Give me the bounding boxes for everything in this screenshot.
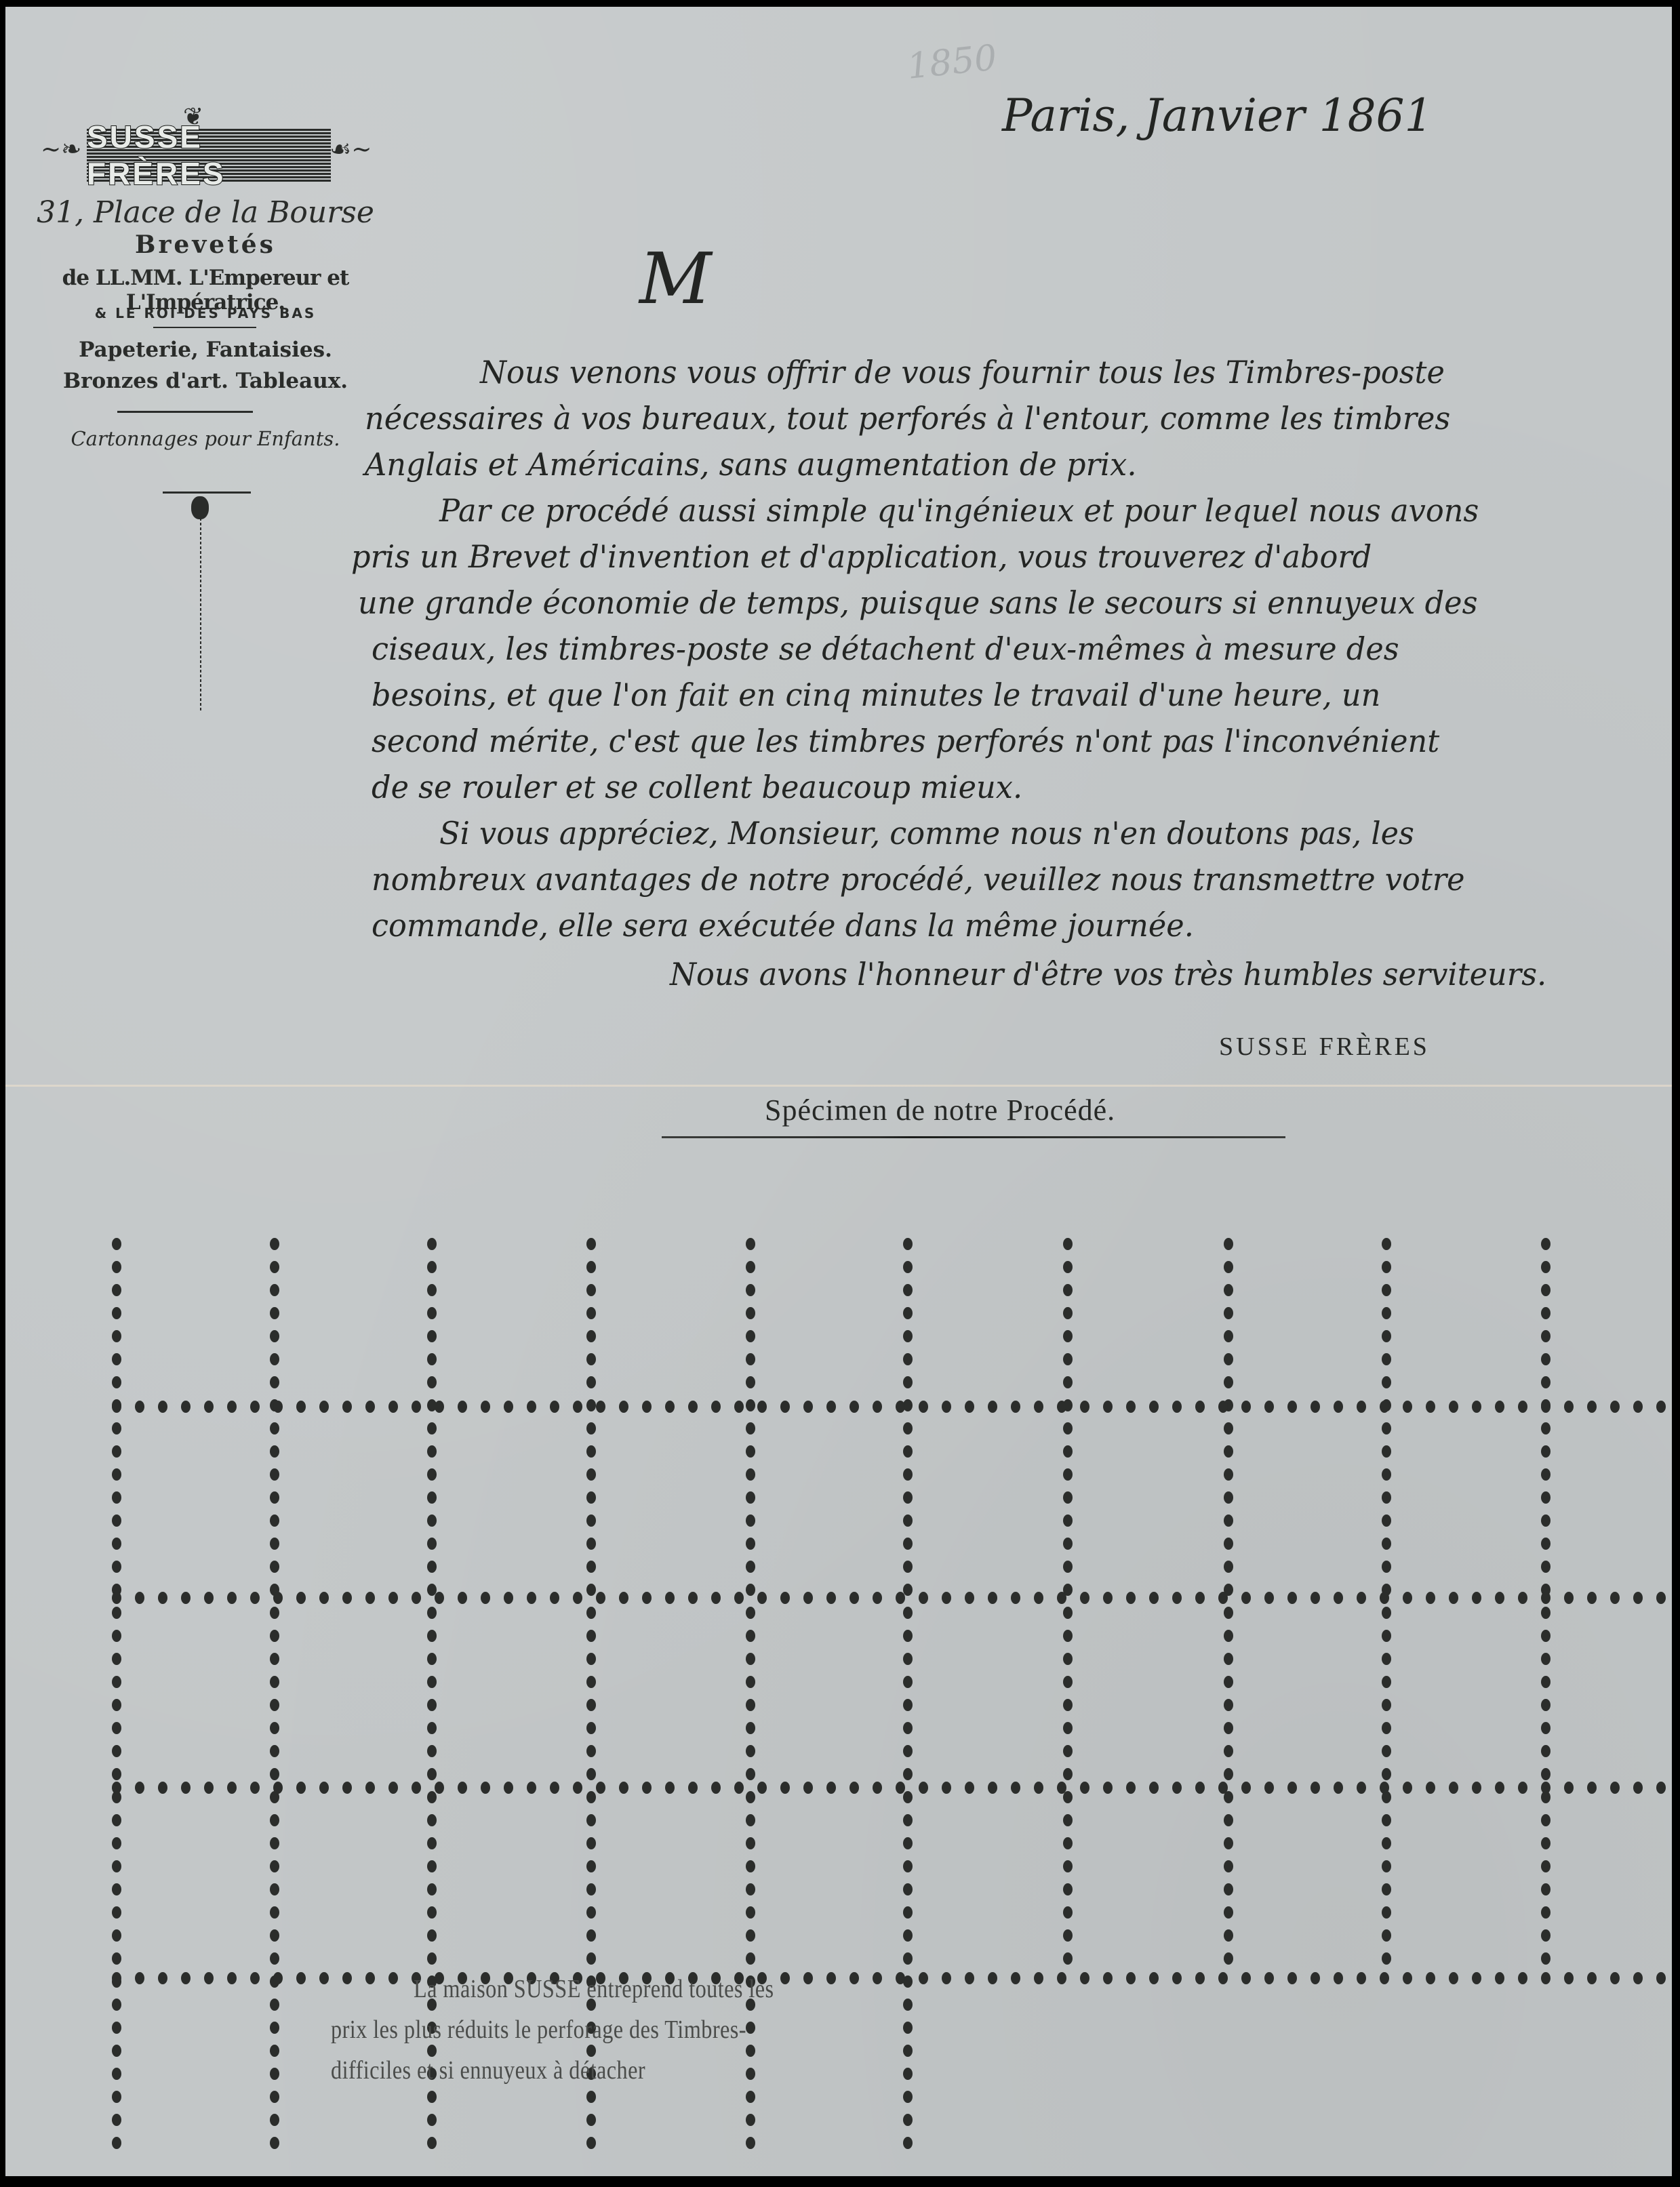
perforation-dot — [1564, 1782, 1574, 1794]
perforation-dot — [1541, 1561, 1551, 1573]
perforation-dot — [1541, 1330, 1551, 1342]
perforation-dot — [112, 1745, 121, 1757]
perforation-dot — [1382, 1284, 1391, 1296]
perforation-dot — [270, 1906, 279, 1919]
perforation-dot — [1541, 1768, 1551, 1780]
perforation-dot — [1063, 1768, 1073, 1780]
perforation-dot — [427, 1353, 437, 1365]
perforation-dot — [965, 1401, 974, 1413]
perforation-dot — [270, 1768, 279, 1780]
perforation-dot — [427, 1514, 437, 1527]
perforation-dot — [527, 1782, 536, 1794]
company-banner: SUSSE FRÈRES — [87, 129, 331, 182]
perforation-dot — [746, 2114, 755, 2126]
perforation-dot — [1541, 1745, 1551, 1757]
perforation-dot — [903, 1791, 913, 1803]
perforation-dot — [1224, 1860, 1233, 1872]
perforation-dot — [596, 1592, 605, 1604]
perforation-dot — [1264, 1972, 1274, 1984]
perforation-dot — [1610, 1782, 1620, 1794]
perforation-dot — [427, 1538, 437, 1550]
perforation-dot — [1218, 1592, 1228, 1604]
perforation-dot — [746, 1676, 755, 1688]
perforation-dot — [903, 1284, 913, 1296]
perforation-dot — [1382, 1883, 1391, 1895]
perforation-dot — [504, 1782, 513, 1794]
perforation-dot — [586, 1607, 596, 1619]
perforation-dot — [270, 1975, 279, 1988]
body-line: commande, elle sera exécutée dans la mêm… — [372, 907, 1194, 944]
perforation-dot — [270, 1284, 279, 1296]
perforation-dot — [1034, 1782, 1043, 1794]
perforation-dot — [427, 1791, 437, 1803]
perforation-dot — [903, 1722, 913, 1734]
perforation-dot — [1382, 1676, 1391, 1688]
perforation-dot — [1382, 1468, 1391, 1481]
perforation-dot — [903, 1468, 913, 1481]
perforation-dot — [903, 2091, 913, 2103]
perforation-dot — [435, 1782, 444, 1794]
perforation-dot — [746, 1860, 755, 1872]
perforation-dot — [1063, 1353, 1073, 1365]
perforation-dot — [1063, 1722, 1073, 1734]
perforation-dot — [746, 1353, 755, 1365]
perforation-dot — [112, 1491, 121, 1504]
perforation-dot — [412, 1782, 421, 1794]
perforation-dot — [112, 2068, 121, 2080]
perforation-dot — [586, 1883, 596, 1895]
perforation-dot — [412, 1592, 421, 1604]
letter-sheet: 1850 ❦ ~❧ SUSSE FRÈRES ☙~ 31, Place de l… — [5, 7, 1672, 2176]
perforation-dot — [1063, 1630, 1073, 1642]
perforation-dot — [665, 1592, 675, 1604]
perforation-dot — [112, 1514, 121, 1527]
flourish-right-icon: ☙~ — [329, 136, 372, 163]
perforation-dot — [1541, 1952, 1551, 1965]
perforation-dot — [803, 1782, 813, 1794]
perforation-dot — [573, 1592, 582, 1604]
perforation-dot — [1063, 1676, 1073, 1688]
perforation-dot — [270, 1261, 279, 1273]
perforation-dot — [1241, 1401, 1251, 1413]
perforation-dot — [1541, 1399, 1551, 1411]
perforation-dot — [270, 2091, 279, 2103]
perforation-dot — [427, 1376, 437, 1388]
perforation-dot — [1195, 1401, 1205, 1413]
perforation-dot — [112, 1401, 121, 1413]
perforation-dot — [746, 1814, 755, 1826]
company-name: SUSSE FRÈRES — [87, 119, 331, 192]
perforation-dot — [1382, 1445, 1391, 1458]
perforation-dot — [1382, 1399, 1391, 1411]
perforation-dot — [903, 1768, 913, 1780]
perforation-dot — [458, 1592, 467, 1604]
perforation-dot — [1063, 1929, 1073, 1942]
perforation-dot — [711, 1592, 721, 1604]
perforation-dot — [586, 1238, 596, 1250]
perforation-dot — [965, 1972, 974, 1984]
body-line: nombreux avantages de notre procédé, veu… — [372, 861, 1465, 898]
perforation-dot — [112, 2022, 121, 2034]
perforation-dot — [112, 2045, 121, 2057]
perforation-dot — [746, 1584, 755, 1596]
perforation-dot — [642, 1401, 652, 1413]
perforation-dot — [1610, 1592, 1620, 1604]
perforation-dot — [427, 1722, 437, 1734]
perforation-dot — [1149, 1782, 1159, 1794]
perforation-dot — [1472, 1972, 1481, 1984]
perforation-dot — [1063, 1860, 1073, 1872]
perforation-dot — [586, 2137, 596, 2149]
perforation-dot — [573, 1782, 582, 1794]
perforation-dot — [112, 1399, 121, 1411]
perforation-dot — [1224, 1653, 1233, 1665]
perforation-dot — [642, 1782, 652, 1794]
perforation-dot — [896, 1401, 905, 1413]
perforation-dot — [1311, 1401, 1320, 1413]
perforation-dot — [1063, 1814, 1073, 1826]
perforation-dot — [919, 1592, 928, 1604]
perforation-dot — [1518, 1401, 1527, 1413]
perforation-dot — [112, 1768, 121, 1780]
perforation-dot — [1224, 1676, 1233, 1688]
perforation-dot — [270, 1561, 279, 1573]
perforation-dot — [586, 1261, 596, 1273]
perforation-dot — [296, 1782, 306, 1794]
body-line: de se rouler et se collent beaucoup mieu… — [372, 769, 1022, 805]
perforation-dot — [873, 1972, 882, 1984]
perforation-dot — [427, 1860, 437, 1872]
perforation-dot — [270, 2114, 279, 2126]
perforation-dot — [1224, 1330, 1233, 1342]
perforation-dot — [903, 2068, 913, 2080]
perforation-dot — [1218, 1972, 1228, 1984]
perforation-dot — [1224, 1745, 1233, 1757]
perforation-dot — [227, 1401, 237, 1413]
body-line: ciseaux, les timbres-poste se détachent … — [372, 630, 1399, 667]
perforation-dot — [903, 1883, 913, 1895]
perforation-dot — [586, 1837, 596, 1849]
perforation-dot — [1218, 1782, 1228, 1794]
perforation-dot — [112, 1837, 121, 1849]
perforation-dot — [1063, 1883, 1073, 1895]
perforation-dot — [1495, 1592, 1504, 1604]
perforation-dot — [435, 1592, 444, 1604]
perforation-dot — [1382, 1514, 1391, 1527]
perforation-dot — [112, 1975, 121, 1988]
letterhead-divider-1 — [153, 327, 256, 328]
perforation-dot — [181, 1782, 191, 1794]
perforation-dot — [504, 1592, 513, 1604]
perforation-dot — [1224, 1630, 1233, 1642]
perforation-dot — [1541, 1782, 1551, 1794]
perforation-dot — [1224, 1538, 1233, 1550]
perforation-dot — [903, 1607, 913, 1619]
perforation-dot — [270, 1353, 279, 1365]
perforation-dot — [1382, 1630, 1391, 1642]
perforation-dot — [903, 1584, 913, 1596]
perforation-dot — [1357, 1782, 1366, 1794]
perforation-dot — [1357, 1592, 1366, 1604]
specimen-divider — [662, 1136, 1285, 1138]
perforation-dot — [1063, 1422, 1073, 1434]
perforation-dot — [1103, 1592, 1113, 1604]
perforation-dot — [1195, 1592, 1205, 1604]
perforation-dot — [1380, 1592, 1389, 1604]
perforation-dot — [1382, 1584, 1391, 1596]
perforation-dot — [1224, 1261, 1233, 1273]
perforation-dot — [135, 1401, 144, 1413]
perforation-dot — [1311, 1782, 1320, 1794]
perforation-dot — [250, 1972, 260, 1984]
perforation-dot — [112, 1261, 121, 1273]
perforation-dot — [1518, 1592, 1527, 1604]
perforation-dot — [903, 1561, 913, 1573]
perforation-dot — [988, 1782, 997, 1794]
perforation-dot — [427, 1653, 437, 1665]
perforation-dot — [586, 1561, 596, 1573]
perforation-dot — [1287, 1782, 1297, 1794]
perforation-dot — [746, 1284, 755, 1296]
perforation-dot — [1403, 1782, 1412, 1794]
perforation-dot — [826, 1972, 836, 1984]
perforation-dot — [112, 1883, 121, 1895]
perforation-dot — [1449, 1401, 1458, 1413]
perforation-dot — [746, 1699, 755, 1711]
perforation-dot — [158, 1401, 167, 1413]
perforation-dot — [1472, 1782, 1481, 1794]
perforation-dot — [1541, 1284, 1551, 1296]
perforation-dot — [270, 2022, 279, 2034]
perforation-dot — [1564, 1592, 1574, 1604]
perforation-dot — [746, 1238, 755, 1250]
perforation-dot — [1334, 1592, 1343, 1604]
perforation-dot — [1541, 1445, 1551, 1458]
perforation-dot — [1382, 1699, 1391, 1711]
perforation-dot — [746, 1906, 755, 1919]
perforation-dot — [1011, 1782, 1020, 1794]
perforation-dot — [427, 1284, 437, 1296]
perforation-dot — [942, 1401, 951, 1413]
perforation-dot — [1311, 1592, 1320, 1604]
perforation-dot — [1382, 1952, 1391, 1965]
perforation-dot — [1610, 1401, 1620, 1413]
perforation-dot — [757, 1782, 767, 1794]
perforation-dot — [1224, 1376, 1233, 1388]
perforation-dot — [1080, 1592, 1089, 1604]
perforation-dot — [1218, 1401, 1228, 1413]
perforation-dot — [1063, 1399, 1073, 1411]
perforation-dot — [1057, 1782, 1066, 1794]
perforation-dot — [803, 1592, 813, 1604]
perforation-dot — [1224, 1791, 1233, 1803]
perforation-dot — [688, 1401, 698, 1413]
perforation-dot — [1541, 1584, 1551, 1596]
perforation-dot — [1063, 1906, 1073, 1919]
perforation-dot — [1224, 1952, 1233, 1965]
perforation-dot — [250, 1401, 260, 1413]
perforation-dot — [458, 1782, 467, 1794]
perforation-dot — [1311, 1972, 1320, 1984]
perforation-dot — [1541, 1837, 1551, 1849]
perforation-dot — [342, 1972, 352, 1984]
perforation-dot — [1264, 1592, 1274, 1604]
perforation-dot — [427, 2137, 437, 2149]
perforation-dot — [873, 1401, 882, 1413]
perforation-dot — [250, 1592, 260, 1604]
perforation-dot — [1541, 1722, 1551, 1734]
pencil-annotation: 1850 — [905, 37, 999, 87]
perforation-dot — [746, 1768, 755, 1780]
perforation-dot — [1224, 1468, 1233, 1481]
perforation-dot — [1472, 1592, 1481, 1604]
perforation-dot — [903, 1491, 913, 1504]
patronage-line-2: & LE ROI DES PAYS BAS — [26, 305, 385, 321]
perforation-dot — [596, 1401, 605, 1413]
perforation-dot — [270, 1860, 279, 1872]
perforation-dot — [1656, 1782, 1666, 1794]
perforation-dot — [1241, 1782, 1251, 1794]
perforation-dot — [112, 1284, 121, 1296]
perforation-dot — [1449, 1972, 1458, 1984]
perforation-dot — [942, 1972, 951, 1984]
perforation-dot — [780, 1972, 790, 1984]
perforation-dot — [1382, 1238, 1391, 1250]
perforation-dot — [1449, 1592, 1458, 1604]
perforation-dot — [586, 1745, 596, 1757]
perforation-dot — [1541, 1906, 1551, 1919]
body-line: nécessaires à vos bureaux, tout perforés… — [365, 400, 1450, 437]
perforation-dot — [746, 1561, 755, 1573]
perforation-dot — [1172, 1401, 1182, 1413]
perforation-dot — [1063, 1699, 1073, 1711]
perforation-dot — [181, 1592, 191, 1604]
perforation-dot — [746, 1445, 755, 1458]
body-line: Si vous appréciez, Monsieur, comme nous … — [439, 815, 1414, 851]
perforation-dot — [1287, 1592, 1297, 1604]
perforation-dot — [112, 1584, 121, 1596]
perforation-dot — [1224, 1491, 1233, 1504]
perforation-dot — [1382, 1653, 1391, 1665]
perforation-dot — [1564, 1401, 1574, 1413]
perforation-dot — [903, 1837, 913, 1849]
perforation-dot — [270, 1837, 279, 1849]
perforation-dot — [204, 1401, 214, 1413]
perforation-dot — [586, 1376, 596, 1388]
perforation-dot — [903, 1330, 913, 1342]
perforation-dot — [204, 1782, 214, 1794]
perforation-dot — [586, 1584, 596, 1596]
perforation-dot — [1057, 1401, 1066, 1413]
perforation-dot — [665, 1401, 675, 1413]
perforation-dot — [1426, 1401, 1435, 1413]
perforation-dot — [903, 1238, 913, 1250]
perforation-dot — [586, 1860, 596, 1872]
perforation-dot — [112, 1999, 121, 2011]
perforation-dot — [427, 1607, 437, 1619]
perforation-dot — [746, 1399, 755, 1411]
perforation-dot — [711, 1782, 721, 1794]
perforation-grid — [5, 7, 1672, 2176]
perforation-dot — [665, 1782, 675, 1794]
body-line: second mérite, c'est que les timbres per… — [372, 723, 1439, 759]
business-line-3: Cartonnages pour Enfants. — [26, 427, 385, 450]
perforation-dot — [273, 1972, 283, 1984]
perforation-dot — [270, 1330, 279, 1342]
perforation-dot — [1541, 1883, 1551, 1895]
perforation-dot — [427, 1422, 437, 1434]
perforation-dot — [780, 1782, 790, 1794]
perforation-dot — [427, 1445, 437, 1458]
perforation-dot — [270, 1814, 279, 1826]
perforation-dot — [1264, 1782, 1274, 1794]
perforation-dot — [270, 1376, 279, 1388]
perforation-dot — [903, 1814, 913, 1826]
perforation-dot — [803, 1972, 813, 1984]
perforation-dot — [746, 1514, 755, 1527]
perforation-dot — [1241, 1972, 1251, 1984]
perforation-dot — [746, 1883, 755, 1895]
perforation-dot — [1063, 1837, 1073, 1849]
perforation-dot — [586, 1330, 596, 1342]
perforation-dot — [586, 2114, 596, 2126]
perforation-dot — [1541, 1592, 1551, 1604]
perforation-dot — [586, 1952, 596, 1965]
perforation-dot — [746, 1376, 755, 1388]
perforation-dot — [586, 1514, 596, 1527]
perforation-dot — [1382, 1607, 1391, 1619]
perforation-dot — [270, 1952, 279, 1965]
perforation-dot — [903, 1376, 913, 1388]
perforation-dot — [1224, 1814, 1233, 1826]
perforation-dot — [112, 1676, 121, 1688]
perforation-dot — [388, 1401, 398, 1413]
perforation-dot — [270, 1307, 279, 1319]
perforation-dot — [1063, 1653, 1073, 1665]
perforation-dot — [1357, 1972, 1366, 1984]
perforation-dot — [1063, 1284, 1073, 1296]
perforation-dot — [1063, 1445, 1073, 1458]
perforation-dot — [734, 1401, 744, 1413]
perforation-dot — [481, 1782, 490, 1794]
business-line-1: Papeterie, Fantaisies. — [26, 338, 385, 362]
perforation-dot — [586, 1630, 596, 1642]
perforation-dot — [746, 1745, 755, 1757]
perforation-dot — [746, 2068, 755, 2080]
perforation-dot — [1034, 1972, 1043, 1984]
perforation-dot — [112, 1592, 121, 1604]
perforation-dot — [427, 1468, 437, 1481]
perforation-dot — [746, 1837, 755, 1849]
perforation-dot — [903, 2022, 913, 2034]
perforation-dot — [746, 1630, 755, 1642]
perforation-dot — [919, 1401, 928, 1413]
perforation-dot — [270, 1630, 279, 1642]
perforation-dot — [1426, 1782, 1435, 1794]
perforation-dot — [158, 1592, 167, 1604]
closing-line: Nous avons l'honneur d'être vos très hum… — [670, 956, 1546, 992]
perforation-dot — [746, 1929, 755, 1942]
perforation-dot — [1541, 1468, 1551, 1481]
perforation-dot — [746, 1538, 755, 1550]
perforation-dot — [903, 1653, 913, 1665]
perforation-dot — [342, 1401, 352, 1413]
perforation-dot — [270, 1491, 279, 1504]
ornament-bar — [163, 491, 251, 494]
perforation-dot — [273, 1401, 283, 1413]
perforation-dot — [903, 1445, 913, 1458]
perforation-dot — [1063, 1607, 1073, 1619]
